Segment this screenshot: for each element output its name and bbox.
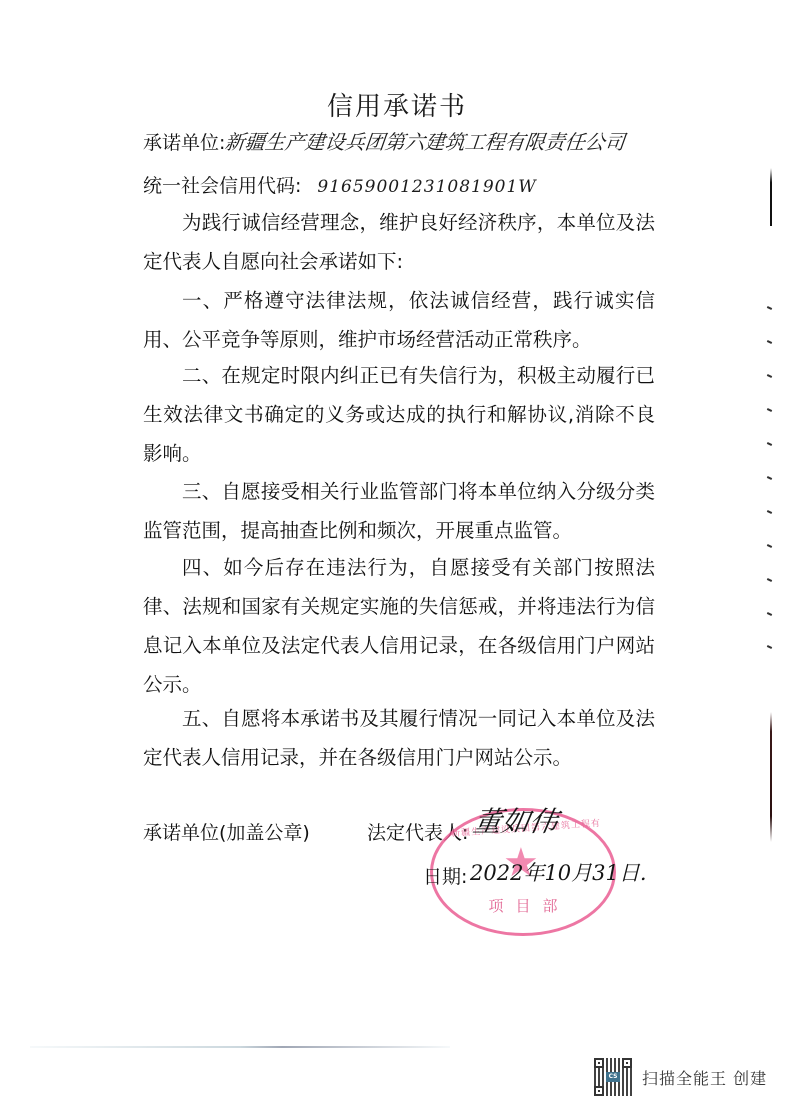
legal-representative-signature: 董如伟	[470, 800, 561, 840]
committing-unit-seal-label: 承诺单位(加盖公章)	[143, 818, 310, 845]
scanned-document-page: 信用承诺书 承诺单位:新疆生产建设兵团第六建筑工程有限责任公司 统一社会信用代码…	[0, 0, 794, 1108]
camscanner-logo-icon: CS	[606, 1072, 620, 1082]
qr-finder	[622, 1058, 632, 1068]
watermark-text: 扫描全能王 创建	[642, 1066, 767, 1089]
qr-finder	[594, 1086, 604, 1096]
stamp-bottom-text: 项目部	[433, 895, 613, 916]
date-label: 日期:	[423, 862, 467, 889]
scan-bottom-artifact	[30, 1046, 450, 1048]
scan-edge-line	[770, 712, 772, 842]
qr-code-icon: CS	[594, 1058, 632, 1096]
signature-section: 承诺单位(加盖公章) 法定代表人: 董如伟 新疆生产建设兵团第六建筑工程有限责任…	[0, 0, 794, 1108]
qr-finder	[594, 1058, 604, 1068]
date-value: 2022年10月31日.	[470, 857, 647, 887]
scan-edge-line	[770, 168, 772, 226]
scanner-app-watermark: CS 扫描全能王 创建	[594, 1058, 767, 1096]
